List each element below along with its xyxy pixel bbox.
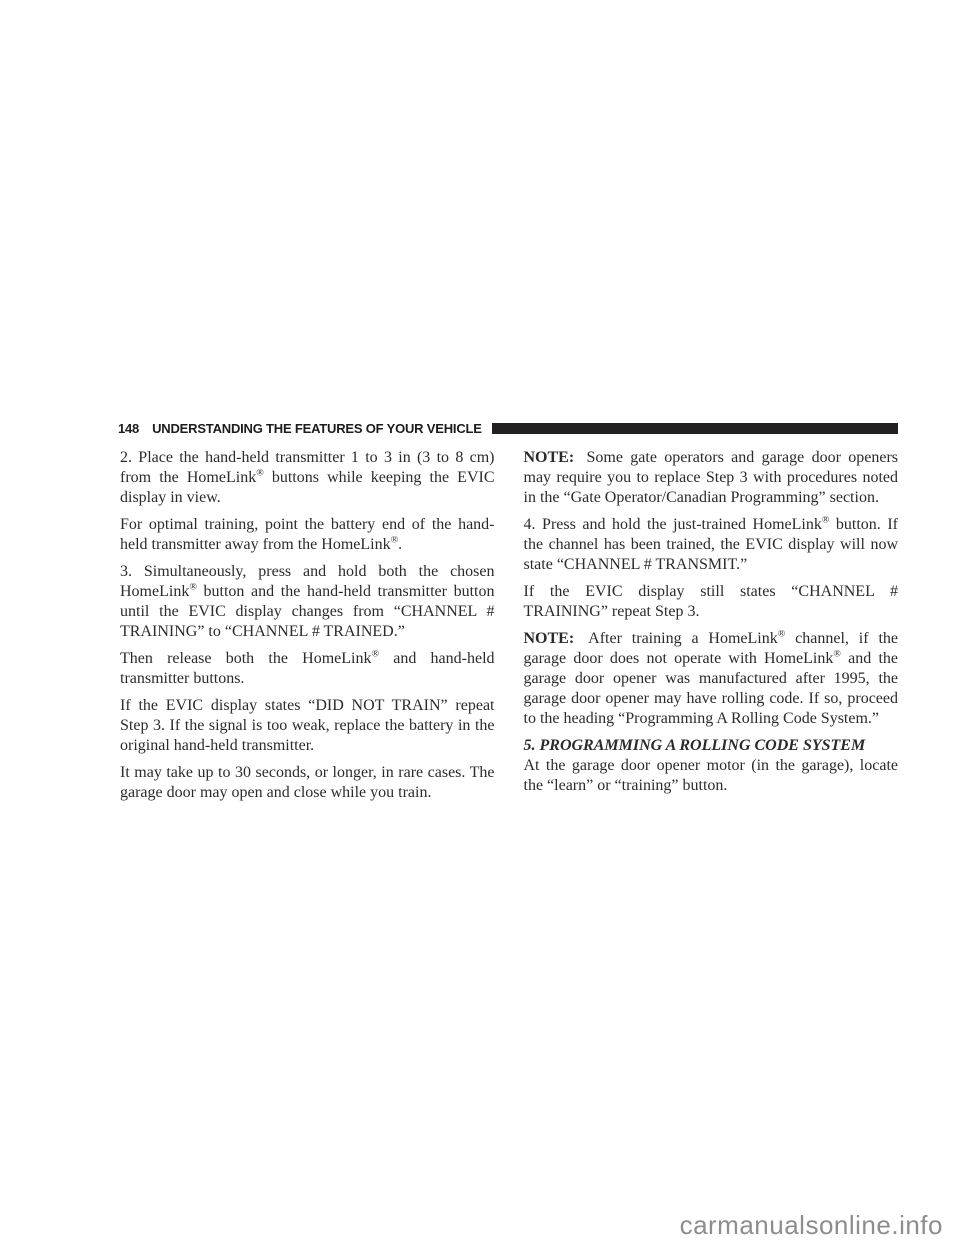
manual-page: 148 UNDERSTANDING THE FEATURES OF YOUR V… xyxy=(0,0,960,1242)
page-header: 148 UNDERSTANDING THE FEATURES OF YOUR V… xyxy=(118,421,898,436)
header-rule-bar xyxy=(492,423,898,434)
paragraph: If the EVIC display states “DID NOT TRAI… xyxy=(120,696,495,756)
left-column: 2. Place the hand-held transmitter 1 to … xyxy=(120,448,495,803)
watermark: carmanualsonline.info xyxy=(680,1210,943,1241)
section-heading: 5. PROGRAMMING A ROLLING CODE SYSTEM xyxy=(524,736,899,756)
page-number: 148 xyxy=(118,421,139,436)
paragraph: For optimal training, point the battery … xyxy=(120,515,495,555)
paragraph: 2. Place the hand-held transmitter 1 to … xyxy=(120,448,495,508)
paragraph: 3. Simultaneously, press and hold both t… xyxy=(120,562,495,642)
paragraph: NOTE: After training a HomeLink® channel… xyxy=(524,629,899,729)
text-columns: 2. Place the hand-held transmitter 1 to … xyxy=(120,448,898,803)
paragraph: At the garage door opener motor (in the … xyxy=(524,756,899,796)
paragraph: It may take up to 30 seconds, or longer,… xyxy=(120,763,495,803)
paragraph: 4. Press and hold the just-trained HomeL… xyxy=(524,515,899,575)
paragraph: If the EVIC display still states “CHANNE… xyxy=(524,582,899,622)
right-column: NOTE: Some gate operators and garage doo… xyxy=(524,448,899,803)
header-title: UNDERSTANDING THE FEATURES OF YOUR VEHIC… xyxy=(152,421,482,436)
paragraph: Then release both the HomeLink® and hand… xyxy=(120,649,495,689)
paragraph: NOTE: Some gate operators and garage doo… xyxy=(524,448,899,508)
